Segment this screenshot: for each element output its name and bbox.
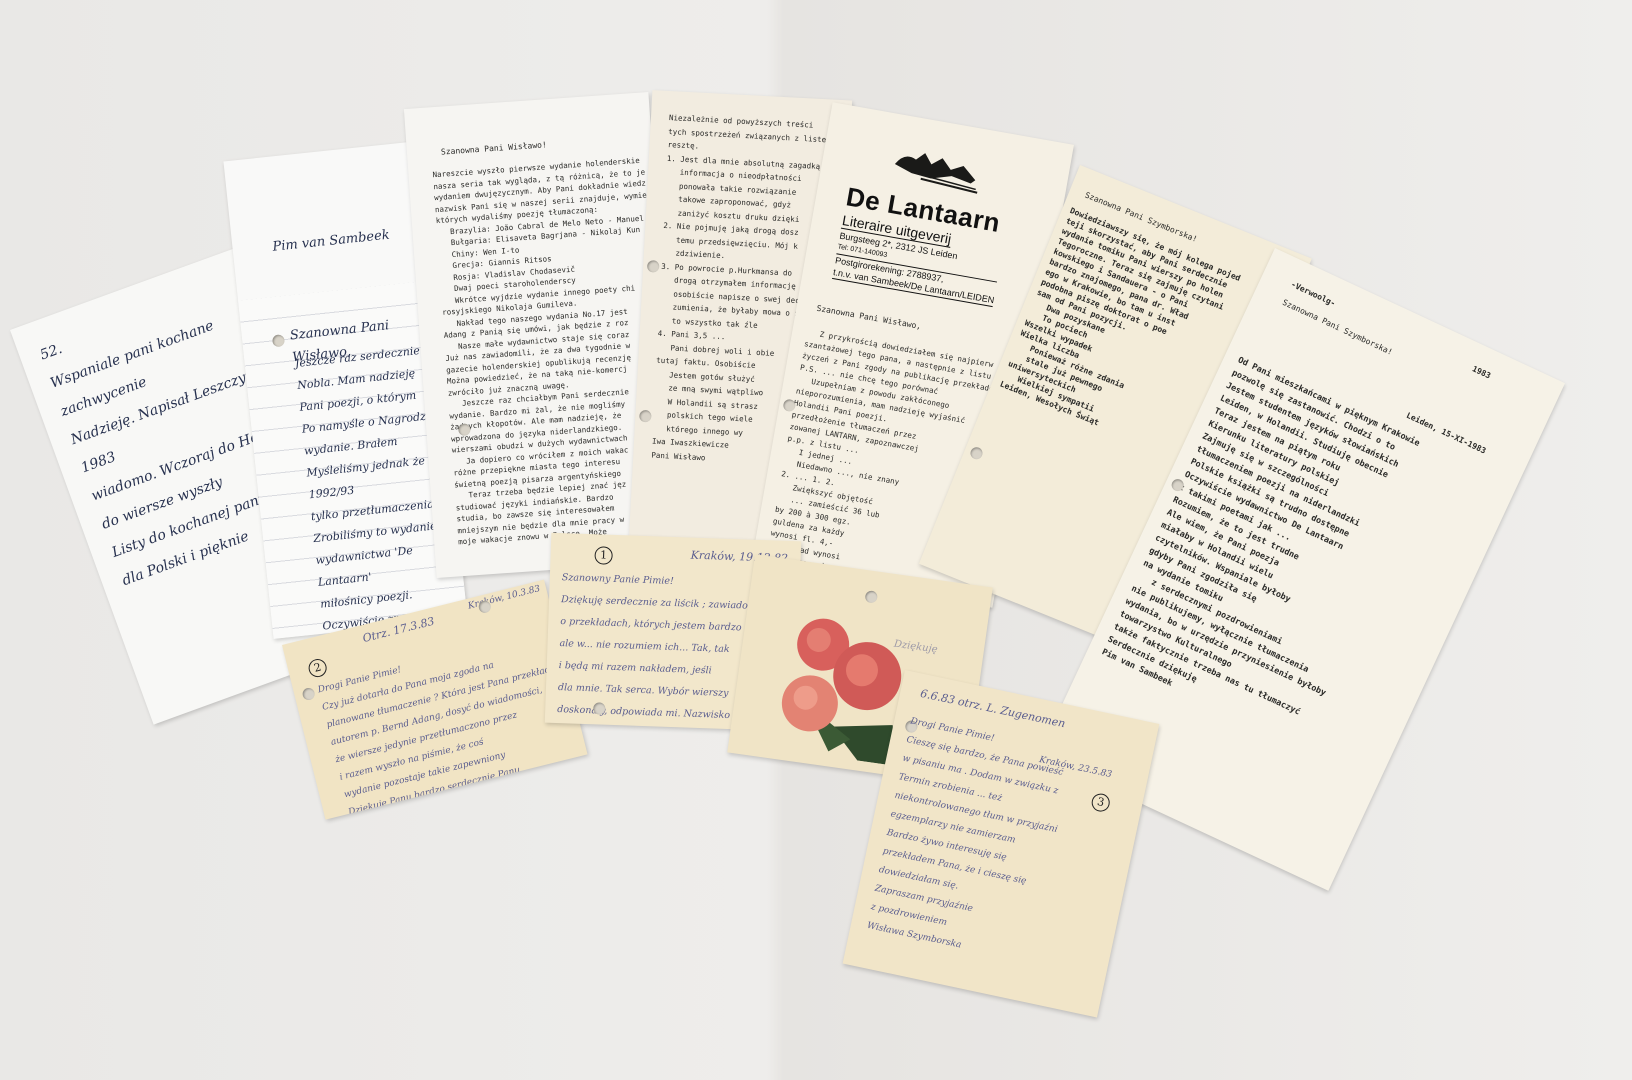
- letter-date: 1983: [1470, 363, 1492, 381]
- letter-greeting: Szanowna Pani Szymborska!: [1281, 297, 1395, 358]
- punch-hole: [301, 687, 316, 702]
- postcard-text: Drogi Panie Pimie!Cieszę się bardzo, że …: [865, 712, 1075, 970]
- punch-hole: [647, 260, 660, 273]
- sender-name: Pim van Sambeek: [272, 225, 391, 259]
- letter-greeting: Szanowna Pani Wisławo!: [441, 139, 547, 157]
- punch-hole: [639, 410, 652, 423]
- letter-greeting: Szanowna Pani Wisławo,: [816, 303, 922, 332]
- punch-hole: [865, 590, 879, 604]
- postcard-number: 3: [1090, 792, 1111, 813]
- postcard-number: 1: [594, 546, 613, 565]
- punch-hole: [969, 445, 985, 461]
- postcard-number: 2: [307, 657, 329, 679]
- place-date: Kraków, 10.3.83: [466, 580, 543, 617]
- lantern-logo-icon: [890, 144, 985, 195]
